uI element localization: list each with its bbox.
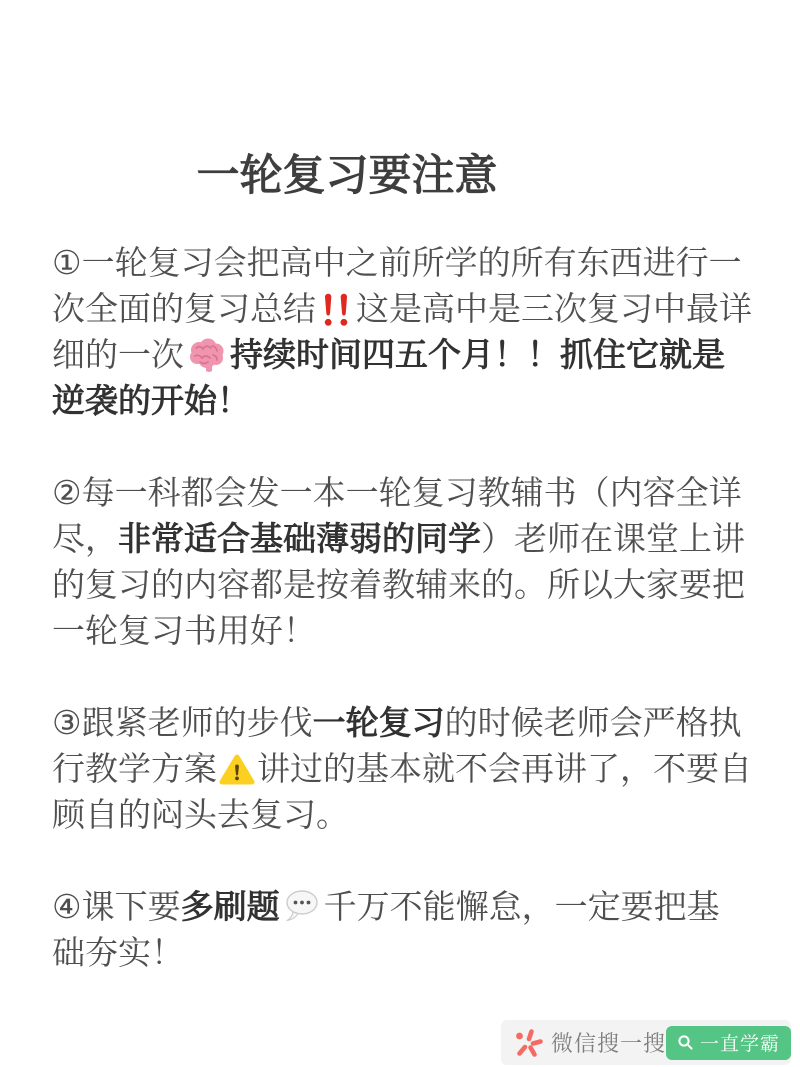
search-icon bbox=[677, 1034, 694, 1051]
watermark-brand-label: 微信搜一搜 bbox=[551, 1027, 666, 1058]
double-exclamation-emoji-icon bbox=[318, 293, 354, 327]
wechat-search-spark-icon bbox=[513, 1028, 543, 1058]
body-paragraph: ②每一科都会发一本一轮复习教辅书（内容全详尽，非常适合基础薄弱的同学）老师在课堂… bbox=[52, 470, 752, 654]
body-paragraph: ①一轮复习会把高中之前所学的所有东西进行一次全面的复习总结这是高中是三次复习中最… bbox=[52, 240, 752, 424]
warning-emoji-icon bbox=[219, 753, 255, 787]
watermark-search-button: 一直学霸 bbox=[666, 1026, 791, 1060]
text-segment: ④课下要 bbox=[52, 888, 181, 925]
body-paragraph: ④课下要多刷题千万不能懈怠，一定要把基础夯实！ bbox=[52, 884, 752, 976]
bold-text-segment: 一轮复习 bbox=[313, 704, 445, 741]
bold-text-segment: 多刷题 bbox=[181, 888, 280, 925]
text-segment: ③跟紧老师的步伐 bbox=[52, 704, 313, 741]
bold-text-segment: 非常适合基础薄弱的同学 bbox=[118, 520, 481, 557]
page-title: 一轮复习要注意 bbox=[0, 142, 694, 203]
brain-emoji-icon bbox=[186, 337, 228, 373]
watermark-button-label: 一直学霸 bbox=[700, 1029, 780, 1056]
notes-body: ①一轮复习会把高中之前所学的所有东西进行一次全面的复习总结这是高中是三次复习中最… bbox=[52, 240, 752, 1022]
study-notes-image: 一轮复习要注意 ①一轮复习会把高中之前所学的所有东西进行一次全面的复习总结这是高… bbox=[0, 0, 800, 1067]
body-paragraph: ③跟紧老师的步伐一轮复习的时候老师会严格执行教学方案讲过的基本就不会再讲了，不要… bbox=[52, 700, 752, 838]
wechat-search-watermark: 微信搜一搜 一直学霸 bbox=[501, 1020, 791, 1065]
speech-balloon-emoji-icon bbox=[282, 889, 322, 925]
